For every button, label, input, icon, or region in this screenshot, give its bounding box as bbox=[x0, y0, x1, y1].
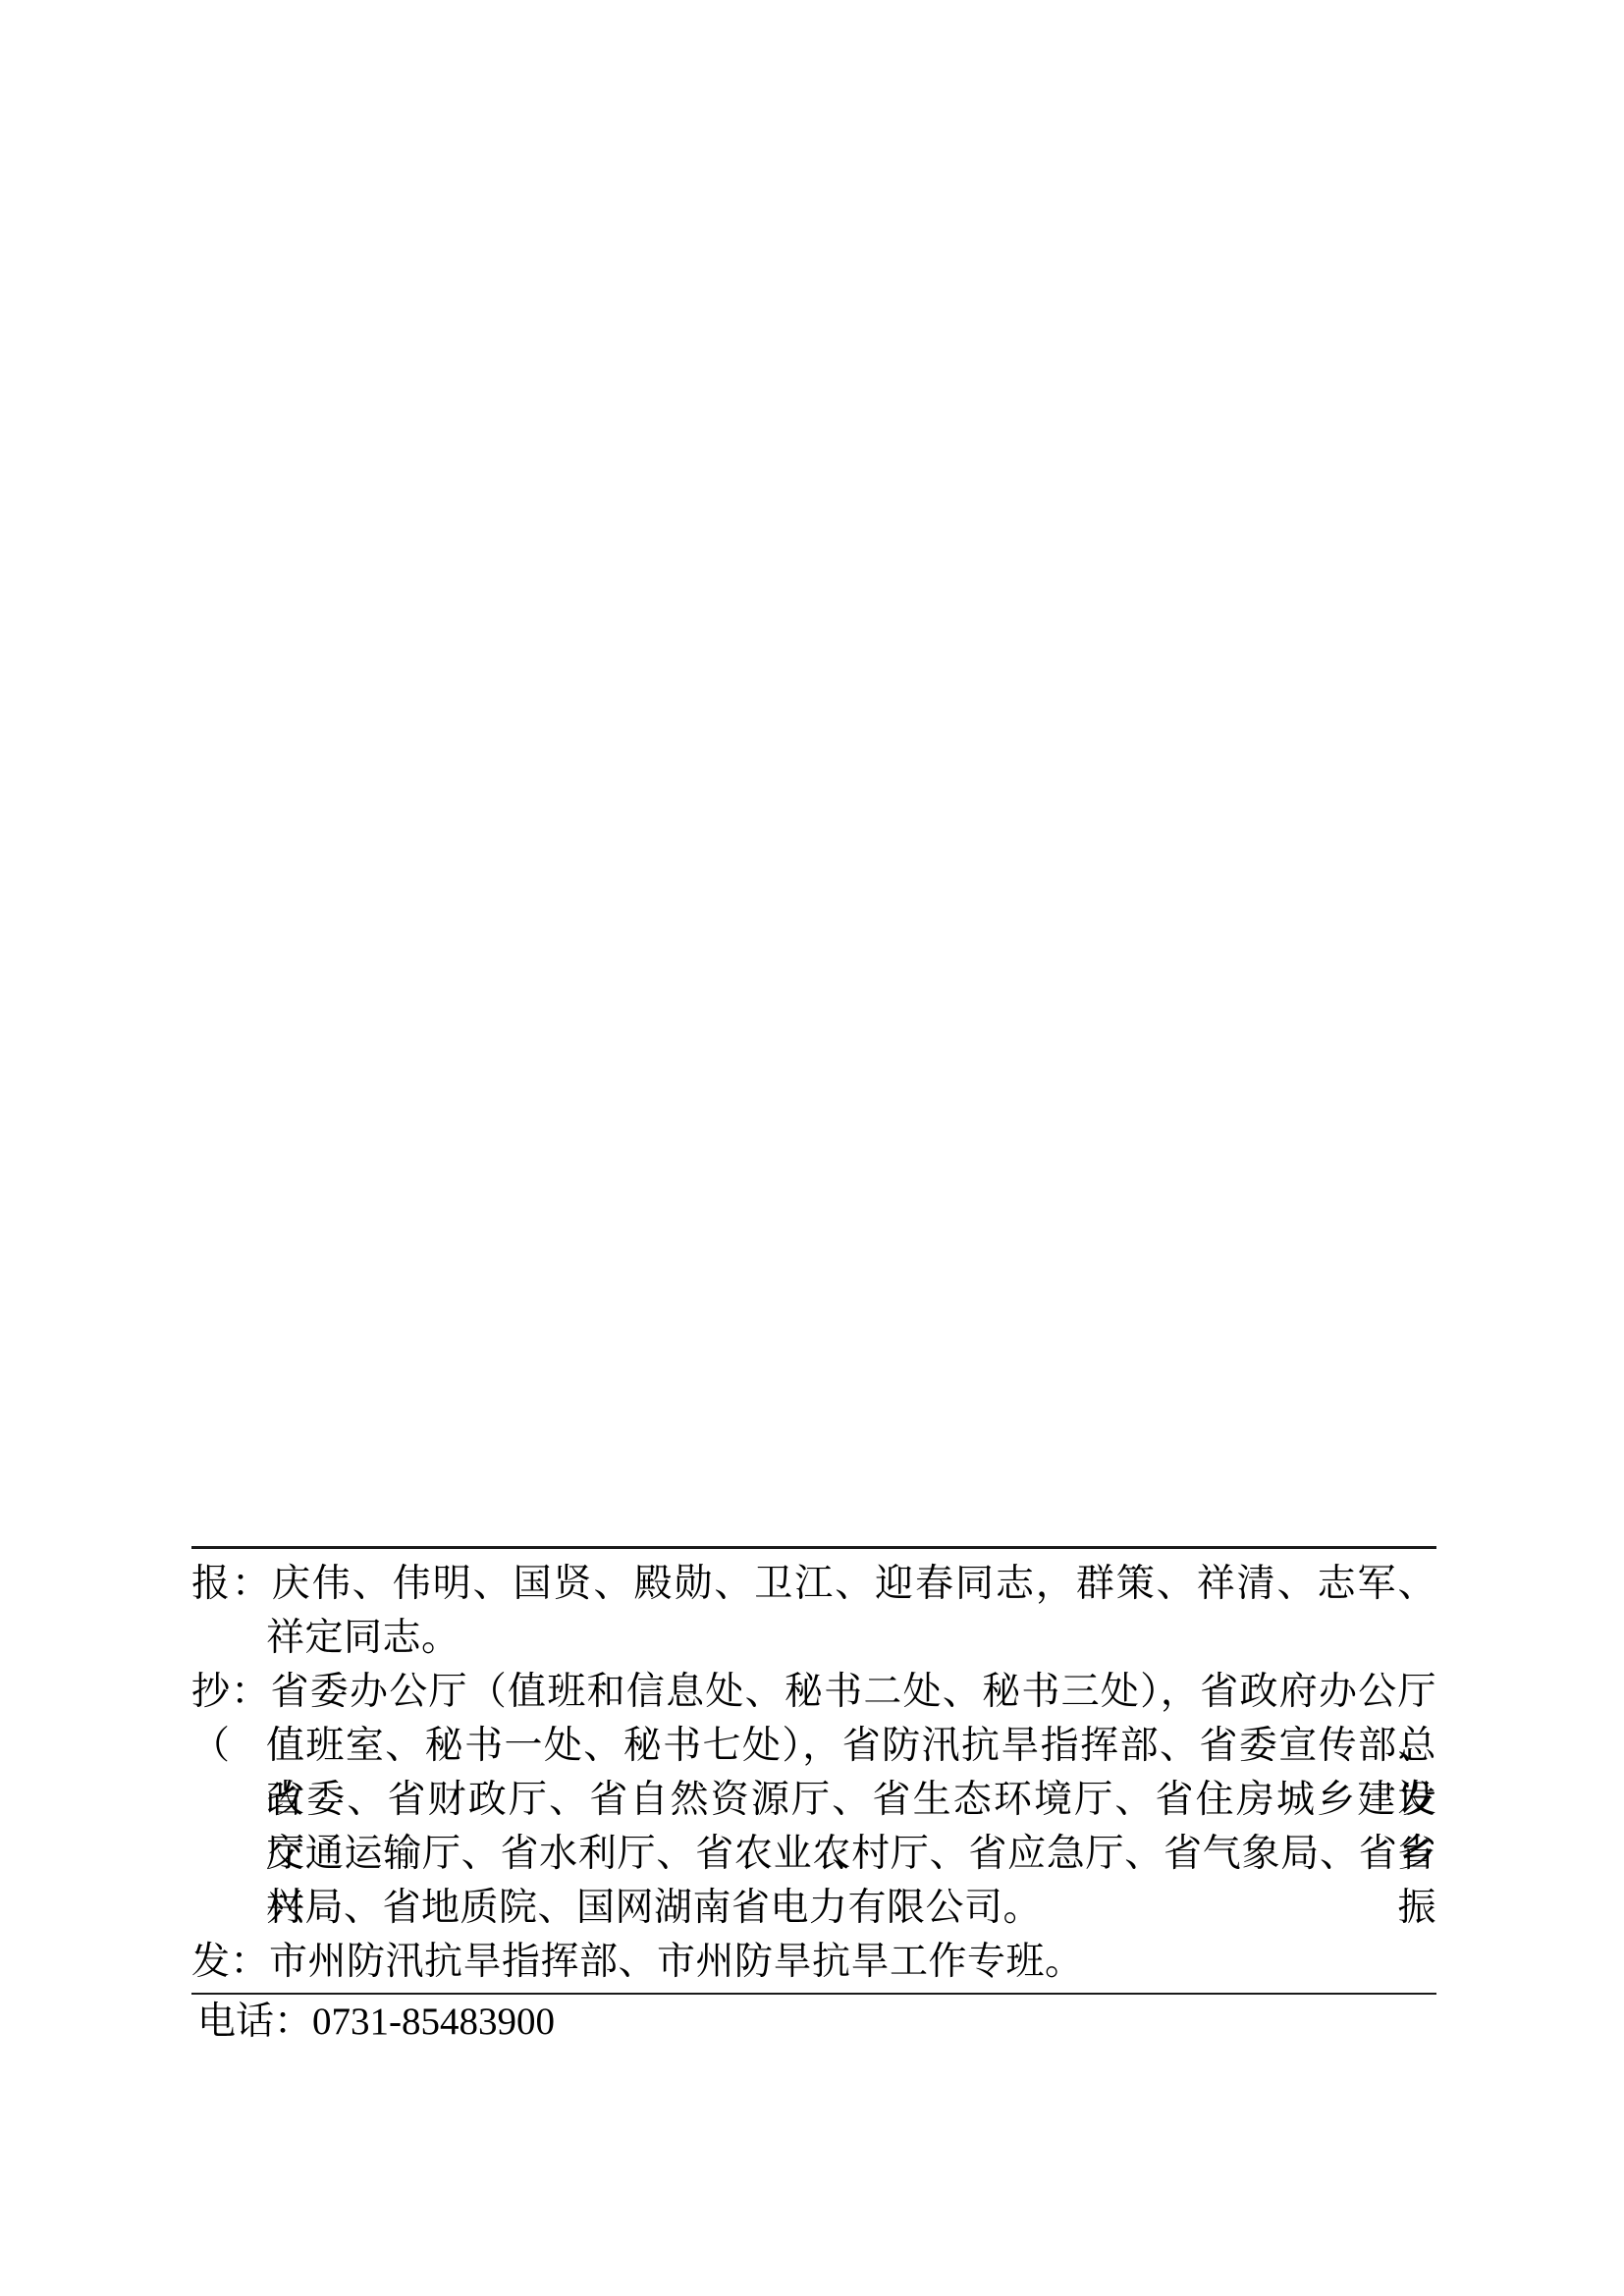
distribution-block: 报：庆伟、伟明、国贤、殿勋、卫江、迎春同志，群策、祥清、志军、 祥定同志。 抄：… bbox=[191, 1546, 1436, 2049]
report-to-text-2: 祥定同志。 bbox=[266, 1617, 460, 1659]
copy-to-text-5: 兴局、省地质院、国网湖南省电力有限公司。 bbox=[266, 1887, 1042, 1929]
copy-to-label: 抄： bbox=[191, 1671, 271, 1713]
issued-to-text: 市州防汛抗旱指挥部、市州防旱抗旱工作专班。 bbox=[269, 1941, 1084, 1983]
phone-label: 电话： bbox=[197, 2001, 312, 2043]
issued-to-line: 发：市州防汛抗旱指挥部、市州防旱抗旱工作专班。 bbox=[191, 1935, 1436, 1989]
copy-to-line-2: 值班室、秘书一处、秘书七处），省防汛抗旱指挥部、省委宣传部、省发 bbox=[191, 1719, 1436, 1773]
separator-rule-top bbox=[191, 1546, 1436, 1549]
copy-to-line-4: 交通运输厅、省水利厅、省农业农村厅、省应急厅、省气象局、省乡村振 bbox=[191, 1827, 1436, 1881]
report-to-line-1: 报：庆伟、伟明、国贤、殿勋、卫江、迎春同志，群策、祥清、志军、 bbox=[191, 1557, 1436, 1611]
report-to-label: 报： bbox=[191, 1563, 272, 1605]
phone-number: 0731-85483900 bbox=[312, 2001, 555, 2043]
copy-to-line-3: 改委、省财政厅、省自然资源厅、省生态环境厅、省住房城乡建设厅、省 bbox=[191, 1773, 1436, 1827]
report-to-line-2: 祥定同志。 bbox=[191, 1611, 1436, 1665]
report-to-text-1: 庆伟、伟明、国贤、殿勋、卫江、迎春同志，群策、祥清、志军、 bbox=[272, 1563, 1436, 1605]
document-page: 报：庆伟、伟明、国贤、殿勋、卫江、迎春同志，群策、祥清、志军、 祥定同志。 抄：… bbox=[0, 0, 1624, 2296]
copy-to-line-1: 抄：省委办公厅（值班和信息处、秘书二处、秘书三处），省政府办公厅（总 bbox=[191, 1665, 1436, 1719]
issued-to-label: 发： bbox=[191, 1941, 269, 1983]
phone-line: 电话：0731-85483900 bbox=[191, 1995, 1436, 2049]
